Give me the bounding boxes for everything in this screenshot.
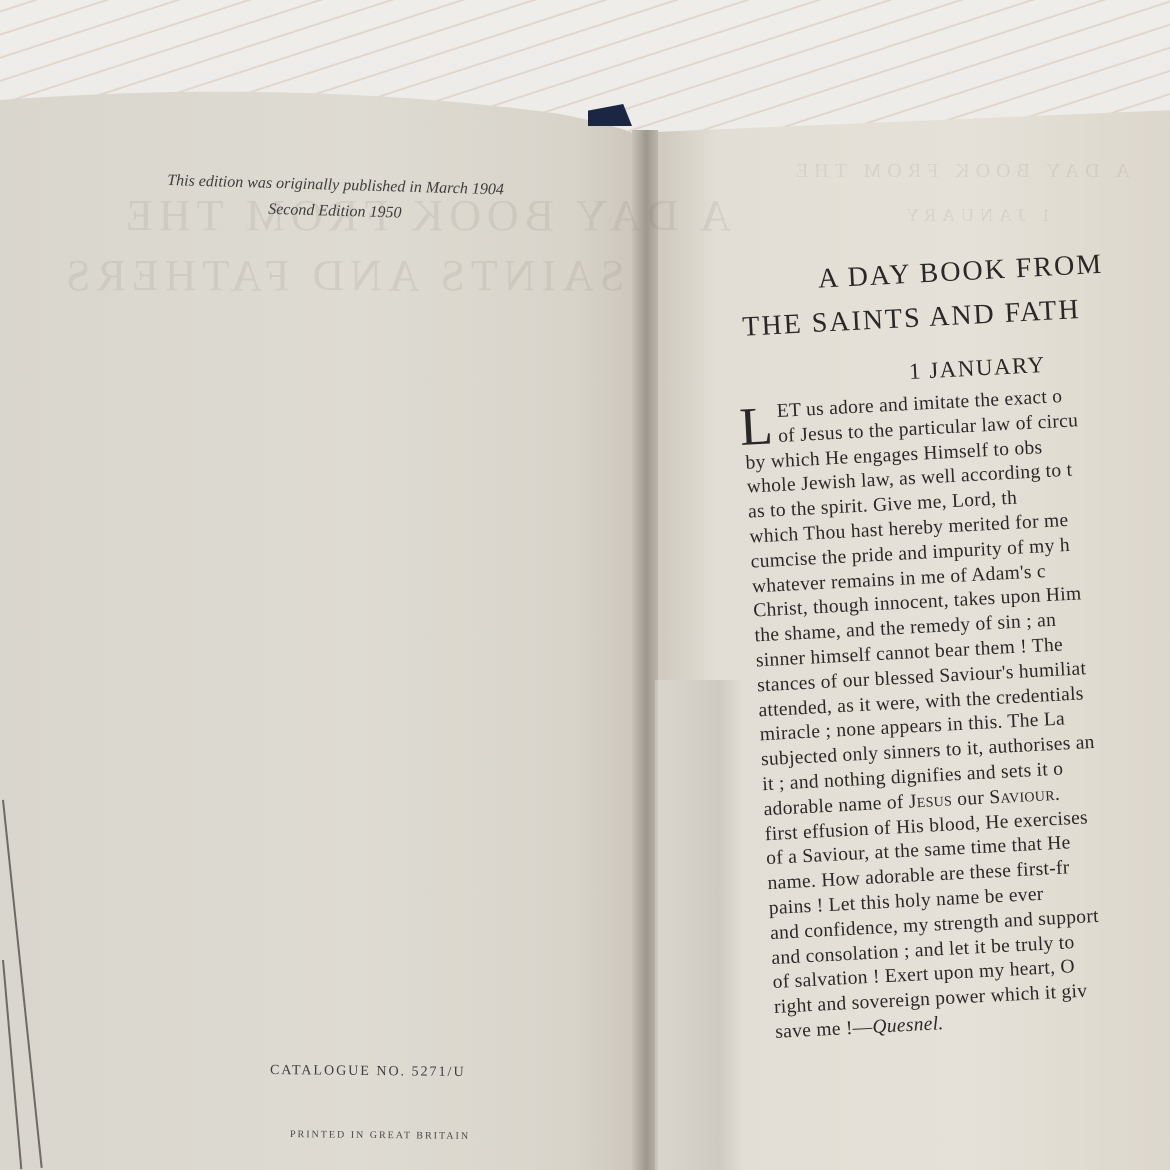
catalogue-number: CATALOGUE NO. 5271/U [270,1063,466,1081]
name-saviour: Saviour [989,784,1056,808]
right-page-content: A DAY BOOK FROM THE SAINTS AND FATH 1 JA… [735,235,1170,1046]
imprint-original-publication: This edition was originally published in… [167,172,504,198]
text-fragment: save me !— [775,1017,873,1043]
drop-cap: L [738,400,774,452]
text-fragment: our [952,787,990,810]
show-through-text: A DAY BOOK FROM THE [790,160,1130,183]
name-jesus: Jesus [908,789,952,812]
devotional-body-text: L ET us adore and imitate the exact o of… [742,375,1170,1046]
attribution: Quesnel. [872,1013,944,1038]
show-through-text: 1 JANUARY [900,205,1051,226]
printed-in-label: PRINTED IN GREAT BRITAIN [290,1129,470,1142]
left-page [0,86,652,1170]
date-heading: 1 JANUARY [908,341,1170,385]
page-shadow [655,680,745,1170]
show-through-text: SAINTS AND FATHERS [60,250,624,301]
text-fragment: . [1054,783,1060,804]
